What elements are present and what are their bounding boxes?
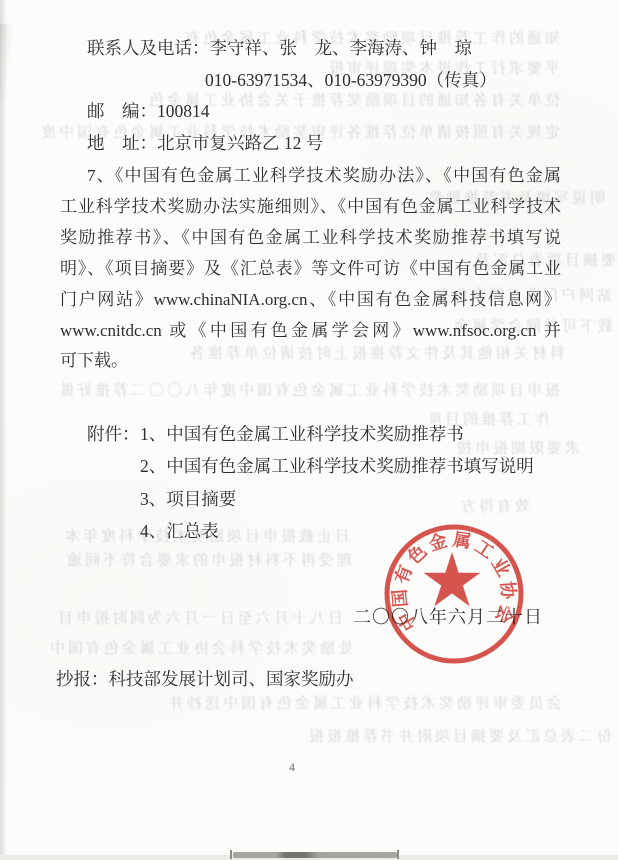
attachment-item: 3、项目摘要 [140,483,570,515]
seal-star-icon [424,552,481,606]
attachments-label: 附件： [87,418,140,450]
body-paragraph: 7、《中国有色金属工业科学技术奖励办法》、《中国有色金属工业科学技术奖励办法实施… [60,161,561,377]
bleedthrough-text: 份二表总汇及要摘目项附并书荐推报报 [262,728,612,747]
contact-address-line: 地 址：北京市复兴路乙 12 号 [87,128,567,160]
contact-block: 联系人及电话：李守祥、张 龙、李海涛、钟 琼 010-63971534、010-… [87,33,567,159]
contact-phone-line: 010-63971534、010-63979390（传真） [205,65,567,97]
contact-person-line: 联系人及电话：李守祥、张 龙、李海涛、钟 琼 [87,33,567,65]
scan-corner-smudge [0,23,15,102]
bleedthrough-text: 日八十月六至日一月六为间时报申目项 [55,610,343,629]
paragraph-line: 奖励推荐书》、《中国有色金属工业科学技术奖励推荐书填写说 [60,223,561,254]
paragraph-line: 7、《中国有色金属工业科学技术奖励办法》、《中国有色金属 [60,161,561,192]
official-seal: 中国有色金属工业协会 [374,514,534,674]
scan-bottom-bar [233,852,397,858]
scan-edge-shadow-left [0,0,7,860]
bleedthrough-text: 会员委审评励奖术技学科业工属金色有国中送抄并 [150,695,562,714]
paragraph-line: 门户网站》www.chinaNIA.org.cn、《中国有色金属科技信息网》 [60,285,561,316]
scan-bar-tick-left [230,850,232,859]
paragraph-line: 明》、《项目摘要》及《汇总表》等文件可访《中国有色金属工业 [60,254,561,285]
paragraph-line: 可下载。 [60,346,561,377]
contact-postcode-line: 邮 编：100814 [87,96,567,128]
bleedthrough-text: 理受再不料材报申的求要合符不间逾 [30,552,352,571]
bleedthrough-text: 处励奖术技学科会协业工属金色有国中 [35,640,353,659]
attachment-item: 1、中国有色金属工业科学技术奖励推荐书 [140,418,570,450]
bleedthrough-text: 报申目项励奖术技学科业工属金色有国中度年八〇〇二荐推好做 [62,382,560,401]
page-number: 4 [289,760,295,775]
scan-bar-tick-right [397,850,399,859]
attachment-item: 2、中国有色金属工业科学技术奖励推荐书填写说明 [140,450,570,482]
cc-line: 抄报：科技部发展计划司、国家奖励办 [56,666,354,691]
paragraph-line: www.cnitdc.cn 或《中国有色金属学会网》www.nfsoc.org.… [60,316,561,347]
scanned-document-page: 知通的作工荐推目项励奖术技学科业工属金色有国中年平要求行工作进本奖项评审报材料位… [0,0,618,860]
paragraph-line: 工业科学技术奖励办法实施细则》、《中国有色金属工业科学技术 [60,192,561,223]
